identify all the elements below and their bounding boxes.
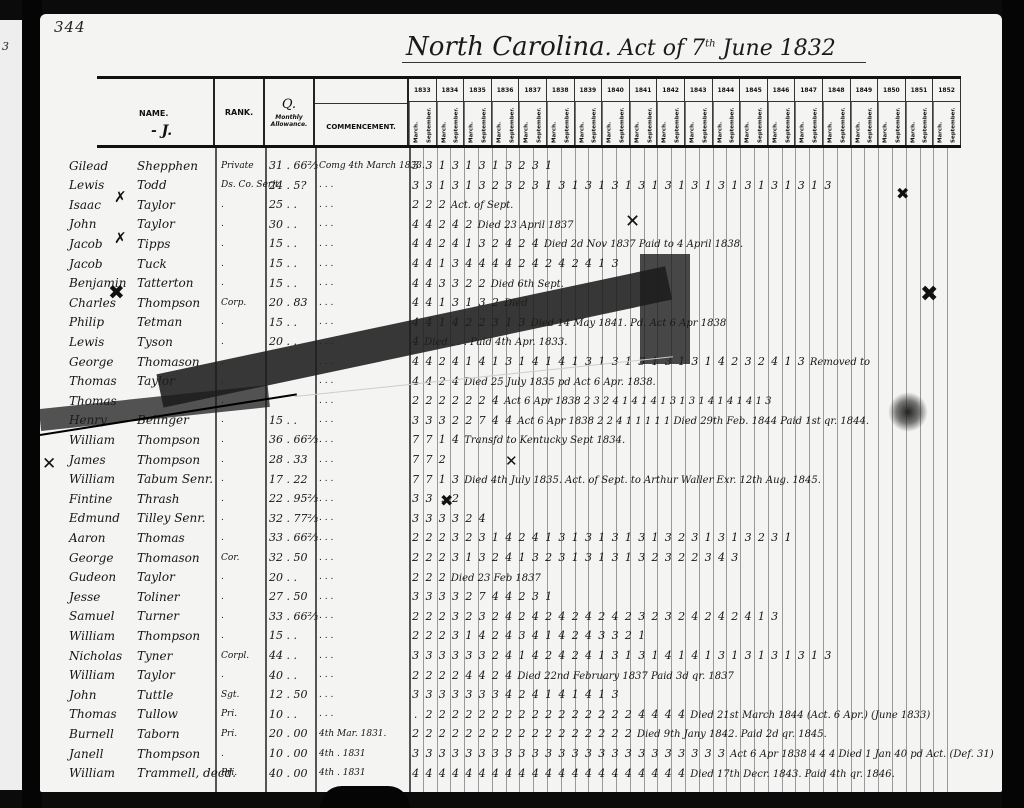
table-row: NicholasTynerCorpl.44 . .. . .3333332414…: [97, 646, 961, 665]
payment-mark: 3: [436, 747, 449, 760]
commencement: . . .: [319, 239, 413, 249]
payment-mark: 1: [675, 649, 688, 662]
payment-mark: 4: [542, 767, 555, 780]
payment-mark: 1: [542, 159, 555, 172]
month-label: September.: [616, 102, 629, 145]
payment-mark: 1: [595, 551, 608, 564]
payment-mark: 2: [409, 531, 422, 544]
payment-mark: 2: [409, 394, 422, 407]
payment-mark: 2: [608, 727, 621, 740]
payment-mark: 4: [648, 767, 661, 780]
payment-mark: 4: [422, 277, 435, 290]
table-row: JanellThompson.10 . 004th . 183133333333…: [97, 744, 961, 763]
payment-mark: 4: [449, 218, 462, 231]
payment-mark: 1: [728, 531, 741, 544]
last-name: Taylor: [137, 217, 215, 231]
annotation-note: Act. of Sept.: [451, 200, 513, 211]
payment-mark: 1: [542, 179, 555, 192]
payment-mark: 3: [436, 414, 449, 427]
last-name: Thrash: [137, 492, 215, 506]
payment-mark: 3: [422, 179, 435, 192]
payment-mark: 2: [422, 629, 435, 642]
payment-mark: 2: [542, 708, 555, 721]
payment-mark: 2: [462, 414, 475, 427]
payment-mark: 4: [582, 688, 595, 701]
payment-record: 33322744Act 6 Apr 1838 2 2 4 1 1 1 1 1 D…: [409, 414, 869, 427]
last-name: Turner: [137, 609, 215, 623]
payment-mark: 4: [502, 767, 515, 780]
payment-mark: 4: [489, 414, 502, 427]
payment-mark: 4: [635, 708, 648, 721]
payment-mark: 4: [582, 767, 595, 780]
payment-mark: 2: [462, 708, 475, 721]
month-label: September.: [699, 102, 712, 145]
payment-mark: 4: [622, 767, 635, 780]
payment-mark: 3: [449, 512, 462, 525]
payment-mark: 2: [542, 257, 555, 270]
monthly-allowance: 24 . 5?: [269, 179, 319, 192]
payment-mark: 2: [569, 629, 582, 642]
payment-mark: 4: [529, 688, 542, 701]
payment-mark: 2: [409, 629, 422, 642]
payment-mark: 3: [422, 747, 435, 760]
year-column-1850: 1850March.September.: [878, 79, 906, 145]
month-label: March.: [575, 102, 589, 145]
payment-mark: 2: [409, 551, 422, 564]
payment-mark: 1: [728, 649, 741, 662]
payment-mark: 2: [462, 531, 475, 544]
payment-mark: 4: [436, 767, 449, 780]
payment-mark: 3: [475, 649, 488, 662]
payment-mark: 2: [555, 727, 568, 740]
first-name: Thomas: [69, 374, 145, 388]
payment-record: 333324: [409, 512, 489, 525]
payment-mark: 2: [622, 727, 635, 740]
payment-mark: 2: [489, 708, 502, 721]
payment-mark: 3: [622, 747, 635, 760]
first-name: Charles: [69, 296, 145, 310]
rank: .: [221, 317, 269, 327]
payment-mark: 3: [475, 688, 488, 701]
payment-mark: 2: [436, 453, 449, 466]
payment-mark: 3: [449, 296, 462, 309]
rank: Pri.: [221, 709, 269, 719]
payment-mark: 3: [449, 590, 462, 603]
table-row: SamuelTurner.33 . 66⅔. . .22232324242424…: [97, 607, 961, 626]
table-row: WilliamTrammell, decd.Pri.40 . 004th . 1…: [97, 764, 961, 783]
month-label: September.: [533, 102, 546, 145]
payment-mark: 4: [502, 590, 515, 603]
payment-mark: 3: [741, 649, 754, 662]
payment-record: 222Died 23 Feb 1837: [409, 571, 541, 584]
payment-mark: 4: [502, 669, 515, 682]
month-label: March.: [519, 102, 533, 145]
last-name: Todd: [137, 178, 215, 192]
payment-mark: 4: [409, 257, 422, 270]
monthly-allowance: 15 . .: [269, 629, 319, 642]
rank: .: [221, 435, 269, 445]
header-allowance-label: Monthly Allowance.: [265, 114, 313, 128]
payment-mark: 3: [462, 649, 475, 662]
commencement: . . .: [319, 494, 413, 504]
first-name: Janell: [69, 747, 145, 761]
rank: Cor.: [221, 553, 269, 563]
payment-mark: 3: [436, 649, 449, 662]
rank: .: [221, 415, 269, 425]
payment-mark: 1: [515, 649, 528, 662]
payment-record: 4424132424Died 2d Nov 1837 Paid to 4 Apr…: [409, 237, 743, 250]
table-row: JohnTaylor.30 . .. . .44242Died 23 April…: [97, 215, 961, 234]
commencement: . . .: [319, 455, 413, 465]
payment-mark: 1: [755, 610, 768, 623]
year-column-1844: 1844March.September.: [713, 79, 741, 145]
payment-mark: 3: [422, 649, 435, 662]
payment-mark: 4: [502, 237, 515, 250]
payment-mark: 3: [449, 629, 462, 642]
payment-record: 2222224Act 6 Apr 1838 2 3 2 4 1 4 1 4 1 …: [409, 394, 772, 407]
table-row: WilliamTabum Senr..17 . 22. . .7713Died …: [97, 470, 961, 489]
last-name: Shepphen: [137, 159, 215, 173]
payment-mark: 3: [449, 610, 462, 623]
payment-mark: 1: [569, 551, 582, 564]
payment-mark: 3: [821, 649, 834, 662]
annotation-note: Died 25 July 1835 pd Act 6 Apr. 1838.: [464, 377, 656, 388]
annotation-note: Died 9th Jany 1842. Paid 2d qr. 1845.: [637, 729, 827, 740]
commencement: . . .: [319, 611, 413, 621]
payment-mark: 2: [515, 590, 528, 603]
last-name: Thompson: [137, 629, 215, 643]
payment-mark: 4: [422, 296, 435, 309]
payment-mark: 3: [608, 179, 621, 192]
payment-mark: 4: [662, 708, 675, 721]
monthly-allowance: 20 . 83: [269, 296, 319, 309]
month-label: March.: [437, 102, 451, 145]
year-column-1833: 1833March.September.: [409, 79, 437, 145]
payment-mark: 1: [595, 688, 608, 701]
payment-mark: 4: [582, 257, 595, 270]
first-name: Jacob: [69, 257, 145, 271]
last-name: Tetman: [137, 315, 215, 329]
payment-mark: 2: [422, 198, 435, 211]
payment-mark: 1: [808, 179, 821, 192]
adjacent-page-number: 3: [2, 40, 9, 53]
year-label: 1851: [906, 79, 933, 102]
month-label: September.: [892, 102, 905, 145]
rank: .: [221, 337, 269, 347]
payment-mark: 3: [569, 747, 582, 760]
payment-mark: 7: [409, 453, 422, 466]
last-name: Toliner: [137, 590, 215, 604]
first-name: William: [69, 433, 145, 447]
payment-record: 4413444424242413: [409, 257, 622, 270]
payment-mark: 2: [542, 727, 555, 740]
payment-mark: 3: [688, 747, 701, 760]
payment-mark: 4: [529, 610, 542, 623]
commencement: 4th . 1831: [319, 768, 413, 778]
payment-mark: 2: [675, 610, 688, 623]
first-name: James: [69, 453, 145, 467]
payment-mark: 4: [715, 610, 728, 623]
payment-mark: 3: [489, 747, 502, 760]
payment-mark: 4: [449, 767, 462, 780]
payment-mark: 3: [608, 688, 621, 701]
payment-mark: 2: [422, 394, 435, 407]
commencement: . . .: [319, 631, 413, 641]
payment-mark: 4: [422, 257, 435, 270]
first-name: Aaron: [69, 531, 145, 545]
payment-mark: 3: [449, 473, 462, 486]
payment-mark: 1: [462, 355, 475, 368]
payment-mark: 2: [489, 237, 502, 250]
payment-mark: 2: [489, 610, 502, 623]
payment-mark: 1: [436, 473, 449, 486]
payment-mark: 4: [422, 767, 435, 780]
last-name: Tuck: [137, 257, 215, 271]
payment-mark: 2: [622, 708, 635, 721]
payment-mark: 3: [409, 688, 422, 701]
monthly-allowance: 17 . 22: [269, 473, 319, 486]
first-name: John: [69, 688, 145, 702]
payment-mark: 1: [702, 355, 715, 368]
last-name: Taylor: [137, 198, 215, 212]
payment-mark: 3: [475, 179, 488, 192]
year-column-1836: 1836March.September.: [492, 79, 520, 145]
payment-mark: 1: [489, 531, 502, 544]
payment-mark: 2: [515, 257, 528, 270]
monthly-allowance: 15 . .: [269, 316, 319, 329]
payment-mark: 2: [515, 237, 528, 250]
payment-mark: 2: [582, 727, 595, 740]
annotation-note: Died 2d Nov 1837 Paid to 4 April 1838.: [544, 239, 743, 250]
payment-mark: 4: [515, 767, 528, 780]
payment-mark: 1: [622, 179, 635, 192]
rank: Ds. Co. Serjt.: [221, 180, 269, 190]
annotation-note: Act 6 Apr 1838 2 2 4 1 1 1 1 1 Died 29th…: [517, 416, 869, 427]
last-name: Tullow: [137, 707, 215, 721]
payment-mark: 4: [449, 375, 462, 388]
payment-mark: 1: [569, 688, 582, 701]
payment-mark: 2: [436, 669, 449, 682]
payment-mark: 3: [555, 747, 568, 760]
payment-record: 222Act. of Sept.: [409, 198, 513, 211]
month-label: September.: [561, 102, 574, 145]
table-row: AaronThomas.33 . 66⅔. . .222323142413131…: [97, 528, 961, 547]
payment-mark: 3: [462, 688, 475, 701]
payment-mark: 2: [436, 610, 449, 623]
payment-mark: 4: [475, 767, 488, 780]
year-column-1840: 1840March.September.: [602, 79, 630, 145]
payment-mark: 4: [489, 767, 502, 780]
commencement: . . .: [319, 709, 413, 719]
ink-stain-blob: [640, 254, 690, 364]
month-label: September.: [837, 102, 850, 145]
payment-mark: 4: [502, 531, 515, 544]
year-column-1849: 1849March.September.: [851, 79, 879, 145]
rank: Corp.: [221, 298, 269, 308]
payment-record: 772: [409, 453, 449, 466]
payment-mark: 4: [475, 257, 488, 270]
payment-record: 33333324142424131314141313131313: [409, 649, 835, 662]
year-column-1848: 1848March.September.: [823, 79, 851, 145]
payment-mark: 2: [422, 708, 435, 721]
payment-mark: 1: [702, 649, 715, 662]
first-name: William: [69, 629, 145, 643]
table-row: LewisToddDs. Co. Serjt.24 . 5?. . .33131…: [97, 176, 961, 195]
commencement: . . .: [319, 474, 413, 484]
payment-mark: 1: [569, 531, 582, 544]
payment-mark: 2: [529, 727, 542, 740]
payment-mark: 3: [662, 747, 675, 760]
payment-mark: 2: [422, 727, 435, 740]
last-name: Taylor: [137, 570, 215, 584]
payment-record: 33131323231313131313131313131313: [409, 179, 835, 192]
payment-mark: 2: [515, 179, 528, 192]
payment-mark: 1: [595, 531, 608, 544]
state-title: North Carolina: [406, 32, 605, 62]
payment-mark: 2: [489, 649, 502, 662]
payment-mark: 2: [529, 708, 542, 721]
payment-mark: 1: [436, 257, 449, 270]
year-label: 1848: [823, 79, 850, 102]
rank: .: [221, 670, 269, 680]
first-name: George: [69, 355, 145, 369]
monthly-allowance: 12 . 50: [269, 688, 319, 701]
payment-mark: 2: [755, 355, 768, 368]
payment-mark: 2: [422, 531, 435, 544]
month-label: September.: [423, 102, 436, 145]
payment-mark: 2: [475, 277, 488, 290]
annotation-note: Died 23 April 1837: [477, 220, 573, 231]
payment-mark: 1: [542, 688, 555, 701]
payment-mark: 2: [569, 727, 582, 740]
payment-mark: 3: [449, 649, 462, 662]
payment-mark: 2: [622, 610, 635, 623]
payment-mark: 2: [436, 394, 449, 407]
year-column-1846: 1846March.September.: [768, 79, 796, 145]
month-label: September.: [782, 102, 795, 145]
payment-record: 7714Transfd to Kentucky Sept 1834.: [409, 433, 625, 446]
commencement: . . .: [319, 415, 413, 425]
payment-mark: 3: [515, 747, 528, 760]
payment-mark: 2: [436, 708, 449, 721]
month-label: March.: [492, 102, 506, 145]
month-label: September.: [919, 102, 932, 145]
rank: .: [221, 572, 269, 582]
x-mark: ✗: [114, 229, 127, 247]
year-label: 1841: [630, 79, 657, 102]
monthly-allowance: 40 . 00: [269, 767, 319, 780]
month-label: September.: [671, 102, 684, 145]
payment-mark: 3: [409, 492, 422, 505]
payment-mark: 4: [582, 649, 595, 662]
last-name: Thompson: [137, 433, 215, 447]
first-name: George: [69, 551, 145, 565]
payment-mark: 3: [475, 237, 488, 250]
table-row: BenjaminTatterton.15 . .. . .443322Died …: [97, 274, 961, 293]
payment-mark: 3: [489, 688, 502, 701]
payment-mark: 4: [608, 767, 621, 780]
payment-mark: 1: [622, 531, 635, 544]
header-name: NAME. - J.: [97, 79, 215, 145]
payment-mark: 3: [529, 159, 542, 172]
payment-mark: 4: [555, 649, 568, 662]
payment-mark: 3: [422, 590, 435, 603]
payment-mark: 2: [462, 590, 475, 603]
payment-mark: 3: [449, 179, 462, 192]
year-label: 1843: [685, 79, 712, 102]
payment-mark: 1: [622, 551, 635, 564]
payment-mark: 2: [475, 708, 488, 721]
payment-mark: 3: [635, 551, 648, 564]
payment-mark: 3: [795, 179, 808, 192]
table-row: GileadShepphenPrivate31 . 66⅔Comg 4th Ma…: [97, 156, 961, 175]
payment-mark: 2: [409, 727, 422, 740]
payment-mark: 2: [409, 198, 422, 211]
payment-mark: 3: [422, 512, 435, 525]
payment-mark: 3: [529, 747, 542, 760]
table-row: HenryBelinger.15 . .. . .33322744Act 6 A…: [97, 411, 961, 430]
last-name: Thomas: [137, 531, 215, 545]
payment-mark: 2: [449, 414, 462, 427]
table-row: WilliamThompson.36 . 66⅔. . .7714Transfd…: [97, 430, 961, 449]
payment-mark: 2: [755, 531, 768, 544]
last-name: Trammell, decd.: [137, 766, 215, 780]
payment-mark: 4: [409, 296, 422, 309]
year-column-1841: 1841March.September.: [630, 79, 658, 145]
payment-mark: 7: [409, 473, 422, 486]
payment-mark: 3: [821, 179, 834, 192]
payment-mark: 4: [409, 237, 422, 250]
payment-mark: 3: [741, 355, 754, 368]
payment-mark: 3: [608, 649, 621, 662]
payment-record: 44242Died 23 April 1837: [409, 218, 574, 231]
commencement: . . .: [319, 572, 413, 582]
act-date: June 1832: [723, 36, 836, 61]
payment-mark: 2: [422, 551, 435, 564]
payment-mark: 3: [688, 179, 701, 192]
payment-mark: 2: [409, 571, 422, 584]
payment-mark: 1: [702, 179, 715, 192]
payment-mark: 2: [422, 571, 435, 584]
header-years: 1833March.September.1834March.September.…: [409, 79, 961, 145]
header-allowance: Q. Monthly Allowance.: [265, 79, 315, 145]
year-label: 1842: [657, 79, 684, 102]
first-name: Lewis: [69, 178, 145, 192]
month-label: March.: [851, 102, 865, 145]
payment-mark: 3: [436, 688, 449, 701]
payment-mark: 2: [436, 727, 449, 740]
scan-border: [1002, 0, 1024, 808]
payment-mark: 1: [702, 531, 715, 544]
payment-mark: 3: [675, 747, 688, 760]
payment-mark: 3: [555, 551, 568, 564]
payment-mark: 1: [595, 179, 608, 192]
payment-mark: 4: [555, 257, 568, 270]
month-label: March.: [906, 102, 920, 145]
year-column-1851: 1851March.September.: [906, 79, 934, 145]
payment-mark: 3: [635, 531, 648, 544]
year-label: 1836: [492, 79, 519, 102]
payment-mark: 1: [648, 179, 661, 192]
payment-mark: 3: [449, 159, 462, 172]
payment-mark: 2: [515, 708, 528, 721]
table-row: GeorgeThomasonCor.32 . 50. . .2223132413…: [97, 548, 961, 567]
table-row: EdmundTilley Senr..32 . 77⅔. . .333324: [97, 509, 961, 528]
payment-mark: 2: [542, 551, 555, 564]
payment-mark: 3: [515, 629, 528, 642]
month-label: March.: [547, 102, 561, 145]
rank: .: [221, 259, 269, 269]
